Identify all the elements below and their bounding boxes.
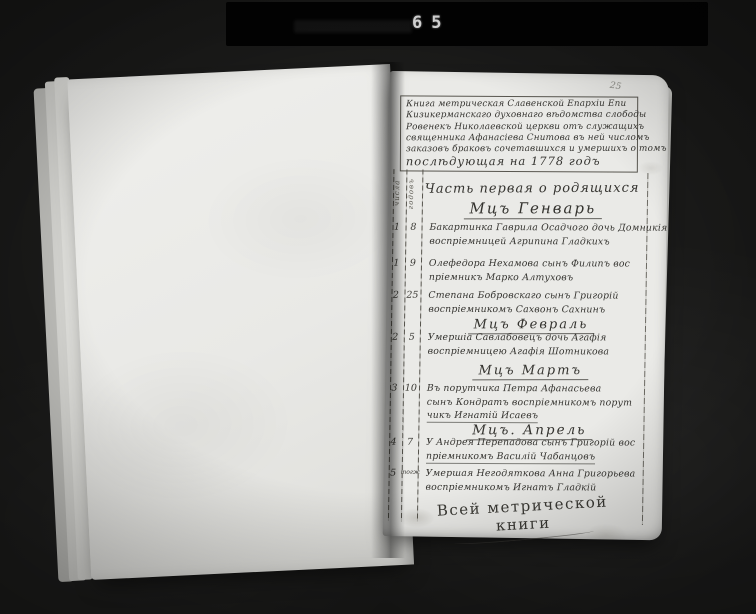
header-line: Кизикерманскаго духовнаго вѣдомства слоб… (406, 110, 633, 122)
section-title: Часть первая о родящихся (418, 181, 646, 197)
entry-text-line: Умершіа Савлабовецъ дочь Агафія (428, 331, 649, 345)
month-label: Мцъ Мартъ (472, 363, 588, 380)
entry-text: Въ порутчика Петра Афанасьева сынъ Кондр… (427, 382, 648, 424)
entry-text: У Андрея Перепадова сынъ Григорій вос пр… (426, 436, 647, 464)
entry-number: 1 (390, 222, 403, 233)
entry-text-line: пріемникомъ Василій Чабанцовъ (426, 450, 595, 464)
month-label: Мцъ Генварь (463, 199, 602, 219)
entry-number: 4 (387, 437, 400, 448)
entry-text: Олефедора Нехамова сынъ Филипъ вос пріем… (429, 257, 650, 285)
entry-text-line: воспріемницей Агрипина Гладкихъ (429, 234, 650, 248)
entry-text-line: воспріемницею Агафія Шотникова (428, 344, 649, 358)
register-entry: 1 9 Олефедора Нехамова сынъ Филипъ вос п… (387, 257, 666, 285)
header-year-line: послѣдующая на 1778 годъ (406, 155, 633, 168)
microfilm-header-band: 65 (226, 2, 708, 46)
register-entry: 5 тогж Умершая Негодяткова Анна Григорье… (384, 467, 663, 495)
entry-text-line: пріемникъ Марко Алтуховъ (429, 270, 650, 284)
left-page-blank (67, 64, 414, 580)
column-header-number: числа (393, 171, 406, 215)
month-header-march: Мцъ Мартъ (425, 363, 635, 380)
closing-flourish: Всей метрической книги (412, 491, 634, 546)
entry-day: 5 (403, 332, 421, 343)
register-entry: 1 8 Бакартинка Гаврила Осадчого дочь Дом… (387, 221, 666, 249)
entry-number: 3 (388, 383, 401, 394)
entry-text-line: Олефедора Нехамова сынъ Филипъ вос (429, 257, 650, 271)
header-line: Книга метрическая Славенской Епархіи Епи (406, 99, 633, 111)
entry-number: 1 (390, 258, 403, 269)
right-page: 25 Книга метрическая Славенской Епархіи … (383, 71, 669, 540)
entry-text-line: воспріемникомъ Сахвонъ Сахнинъ (428, 302, 649, 316)
title-header-box: Книга метрическая Славенской Епархіи Епи… (400, 95, 638, 172)
entry-text-line: Бакартинка Гаврила Осадчого дочь Домникі… (429, 221, 650, 235)
archival-photo: 65 25 Книга метрическая Славенской Епарх… (0, 0, 756, 614)
register-entry: 2 5 Умершіа Савлабовецъ дочь Агафія восп… (386, 331, 665, 359)
page-number: 25 (609, 81, 622, 93)
entry-text: Умершіа Савлабовецъ дочь Агафія воспріем… (428, 331, 649, 359)
entry-text-line: чикъ Игнатій Исаевъ (427, 410, 538, 423)
register-entry: 2 25 Степана Бобровскаго сынъ Григорій в… (386, 289, 665, 317)
entry-text: Бакартинка Гаврила Осадчого дочь Домникі… (429, 221, 650, 249)
register-entry: 4 7 У Андрея Перепадова сынъ Григорій во… (384, 436, 663, 464)
frame-number: 65 (412, 13, 450, 33)
entry-text-line: Въ порутчика Петра Афанасьева (427, 382, 648, 396)
illegible-strip-text (294, 20, 412, 33)
entry-text: Степана Бобровскаго сынъ Григорій воспрі… (428, 289, 649, 317)
entry-day: 25 (403, 290, 421, 301)
entry-text-line: Степана Бобровскаго сынъ Григорій (428, 289, 649, 303)
entry-day: 8 (404, 222, 422, 233)
entry-text-line: Умершая Негодяткова Анна Григорьева (426, 467, 647, 481)
entry-text-line: У Андрея Перепадова сынъ Григорій вос (426, 436, 647, 450)
entry-text: Умершая Негодяткова Анна Григорьева восп… (426, 467, 647, 495)
entry-number: 2 (389, 332, 402, 343)
entry-day: 10 (402, 383, 420, 394)
entry-text-line: сынъ Кондратъ воспріемникомъ порут (427, 395, 648, 409)
entry-day: 9 (404, 258, 422, 269)
entry-day: тогж (401, 470, 419, 476)
header-line: священника Афанасіева Снитова въ ней чис… (406, 133, 633, 145)
entry-number: 2 (389, 290, 402, 301)
entry-number: 5 (387, 468, 400, 479)
header-line: Ровенекъ Николаевской церкви отъ служащи… (406, 121, 633, 133)
register-entry: 3 10 Въ порутчика Петра Афанасьева сынъ … (385, 382, 664, 424)
month-header-january: Мцъ Генварь (428, 199, 638, 219)
entry-day: 7 (401, 437, 419, 448)
